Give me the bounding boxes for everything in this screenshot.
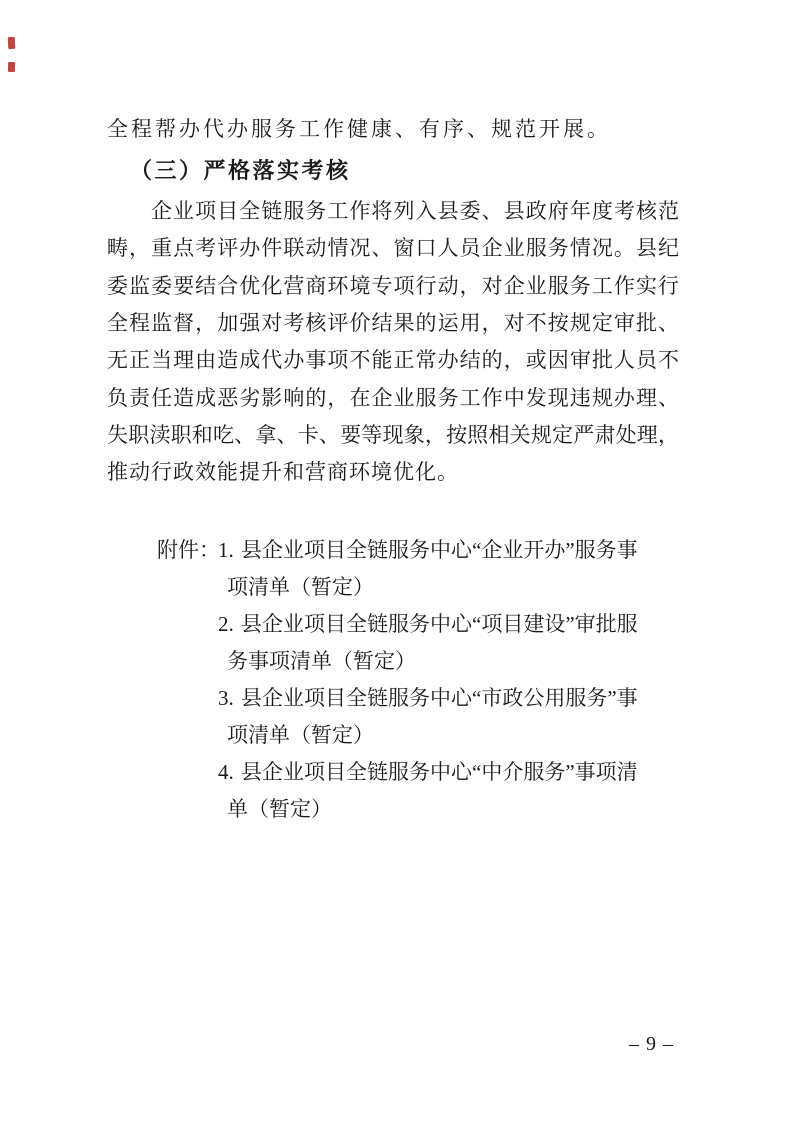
attachment-item-number: 3. [218, 685, 234, 712]
attachment-item-text-continuation: 务事项清单（暂定） [227, 648, 416, 675]
paragraph-line: 推动行政效能提升和营商环境优化。 [107, 459, 459, 486]
paragraph-continuation-line: 全程帮办代办服务工作健康、有序、规范开展。 [107, 116, 611, 143]
attachment-item-text-continuation: 项清单（暂定） [227, 574, 374, 601]
paragraph-line: 全程监督，加强对考核评价结果的运用，对不按规定审批、 [107, 310, 679, 338]
attachment-item-number: 2. [218, 611, 234, 638]
red-mark [8, 62, 15, 72]
paragraph-line: 委监委要结合优化营商环境专项行动，对企业服务工作实行 [107, 273, 679, 301]
document-page: 全程帮办代办服务工作健康、有序、规范开展。 （三）严格落实考核 企业项目全链服务… [0, 0, 793, 1122]
attachment-item-text: 县企业项目全链服务中心“企业开办”服务事 [241, 537, 638, 564]
paragraph-line: 无正当理由造成代办事项不能正常办结的，或因审批人员不 [107, 347, 679, 375]
paragraph-line: 负责任造成恶劣影响的，在企业服务工作中发现违规办理、 [107, 385, 679, 413]
attachments-label: 附件： [157, 537, 220, 564]
attachment-item-number: 1. [218, 537, 234, 564]
attachment-item-number: 4. [218, 759, 234, 786]
attachment-item-text-continuation: 单（暂定） [227, 796, 332, 823]
attachment-item-text: 县企业项目全链服务中心“项目建设”审批服 [241, 611, 638, 638]
paragraph-line: 失职渎职和吃、拿、卡、要等现象，按照相关规定严肃处理， [107, 422, 679, 450]
attachment-item-text: 县企业项目全链服务中心“中介服务”事项清 [241, 759, 638, 786]
red-mark [8, 37, 16, 49]
paragraph-line: 畴，重点考评办件联动情况、窗口人员企业服务情况。县纪 [107, 235, 679, 263]
page-number: – 9 – [629, 1031, 674, 1058]
paragraph-line: 企业项目全链服务工作将列入县委、县政府年度考核范 [151, 198, 679, 226]
attachment-item-text-continuation: 项清单（暂定） [227, 722, 374, 749]
attachment-item-text: 县企业项目全链服务中心“市政公用服务”事 [241, 685, 638, 712]
section-heading: （三）严格落实考核 [130, 157, 351, 184]
